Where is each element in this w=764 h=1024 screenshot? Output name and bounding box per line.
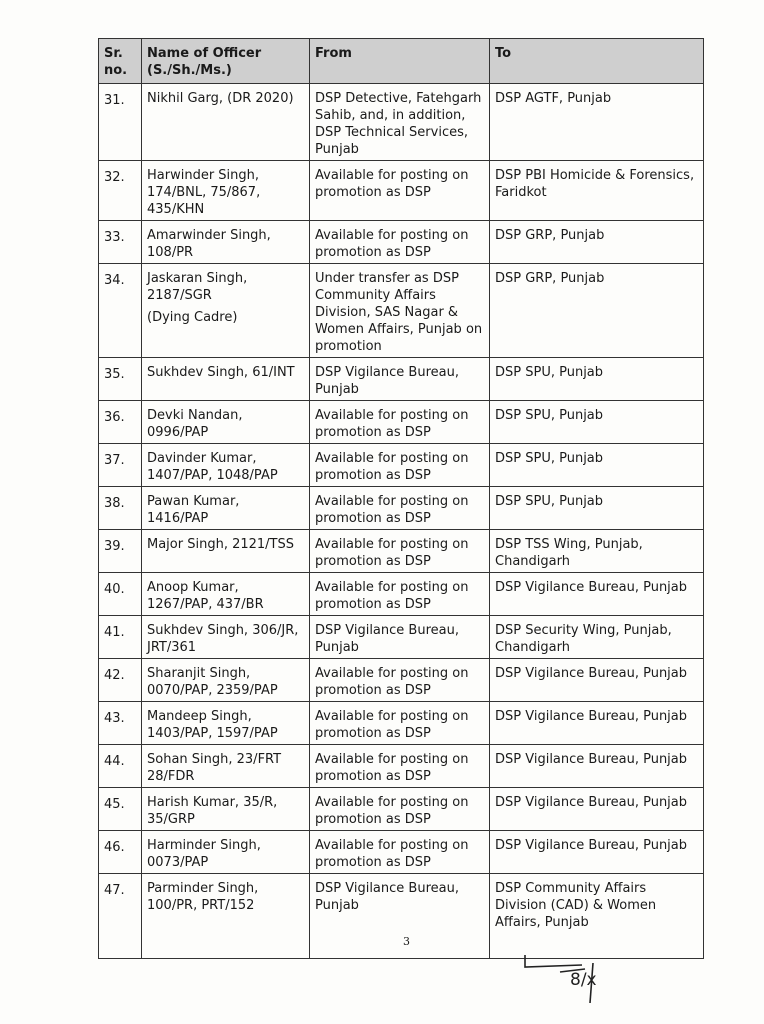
- sr-no-cell: 43.: [99, 702, 142, 745]
- sr-no-cell: 45.: [99, 788, 142, 831]
- from-cell: Available for posting on promotion as DS…: [310, 659, 490, 702]
- from-cell: Available for posting on promotion as DS…: [310, 221, 490, 264]
- sr-no-cell: 33.: [99, 221, 142, 264]
- table-row: 35.Sukhdev Singh, 61/INTDSP Vigilance Bu…: [99, 358, 704, 401]
- from-cell: Under transfer as DSP Community Affairs …: [310, 264, 490, 358]
- sr-no-cell: 31.: [99, 84, 142, 161]
- signature-mark: 8/x: [570, 970, 597, 990]
- sr-no-cell-text: 46.: [104, 840, 125, 855]
- to-cell-text: DSP GRP, Punjab: [495, 228, 604, 243]
- to-cell-text: DSP SPU, Punjab: [495, 494, 603, 509]
- to-cell-text: DSP Security Wing, Punjab, Chandigarh: [495, 623, 672, 655]
- officer-name-cell: Parminder Singh, 100/PR, PRT/152: [142, 874, 310, 959]
- from-cell: Available for posting on promotion as DS…: [310, 745, 490, 788]
- from-cell-text: DSP Detective, Fatehgarh Sahib, and, in …: [315, 91, 481, 157]
- to-cell: DSP Vigilance Bureau, Punjab: [490, 659, 704, 702]
- officer-name-cell-text: Parminder Singh, 100/PR, PRT/152: [147, 881, 258, 913]
- to-cell-text: DSP Vigilance Bureau, Punjab: [495, 709, 687, 724]
- sr-no-cell-text: 43.: [104, 711, 125, 726]
- transfer-table: Sr. no. Name of Officer (S./Sh./Ms.) Fro…: [98, 38, 704, 959]
- sr-no-cell: 44.: [99, 745, 142, 788]
- sr-no-cell-text: 41.: [104, 625, 125, 640]
- officer-name-cell-text: Mandeep Singh, 1403/PAP, 1597/PAP: [147, 709, 278, 741]
- from-cell-text: Available for posting on promotion as DS…: [315, 838, 469, 870]
- header-name-of-officer: Name of Officer (S./Sh./Ms.): [142, 39, 310, 84]
- to-cell: DSP TSS Wing, Punjab, Chandigarh: [490, 530, 704, 573]
- from-cell: Available for posting on promotion as DS…: [310, 702, 490, 745]
- to-cell-text: DSP Community Affairs Division (CAD) & W…: [495, 881, 656, 930]
- sr-no-cell-text: 44.: [104, 754, 125, 769]
- table-row: 38.Pawan Kumar, 1416/PAPAvailable for po…: [99, 487, 704, 530]
- table-header-row: Sr. no. Name of Officer (S./Sh./Ms.) Fro…: [99, 39, 704, 84]
- table-row: 36.Devki Nandan, 0996/PAPAvailable for p…: [99, 401, 704, 444]
- table-row: 46.Harminder Singh, 0073/PAPAvailable fo…: [99, 831, 704, 874]
- from-cell: Available for posting on promotion as DS…: [310, 788, 490, 831]
- table-row: 33.Amarwinder Singh, 108/PRAvailable for…: [99, 221, 704, 264]
- from-cell: Available for posting on promotion as DS…: [310, 530, 490, 573]
- sr-no-cell: 42.: [99, 659, 142, 702]
- officer-name-cell-text: Harish Kumar, 35/R, 35/GRP: [147, 795, 277, 827]
- from-cell-text: Available for posting on promotion as DS…: [315, 752, 469, 784]
- officer-name-cell-text: Nikhil Garg, (DR 2020): [147, 91, 294, 106]
- table-row: 44.Sohan Singh, 23/FRT 28/FDRAvailable f…: [99, 745, 704, 788]
- officer-name-cell: Sohan Singh, 23/FRT 28/FDR: [142, 745, 310, 788]
- to-cell: DSP SPU, Punjab: [490, 358, 704, 401]
- sr-no-cell-text: 34.: [104, 273, 125, 288]
- officer-name-cell-text: Jaskaran Singh, 2187/SGR: [147, 271, 247, 303]
- from-cell: DSP Vigilance Bureau, Punjab: [310, 874, 490, 959]
- to-cell: DSP Security Wing, Punjab, Chandigarh: [490, 616, 704, 659]
- to-cell-text: DSP Vigilance Bureau, Punjab: [495, 795, 687, 810]
- handwritten-signature: 8/x: [520, 945, 630, 1005]
- from-cell-text: DSP Vigilance Bureau, Punjab: [315, 881, 459, 913]
- table-row: 42.Sharanjit Singh, 0070/PAP, 2359/PAPAv…: [99, 659, 704, 702]
- sr-no-cell-text: 32.: [104, 170, 125, 185]
- to-cell: DSP Vigilance Bureau, Punjab: [490, 573, 704, 616]
- from-cell: DSP Vigilance Bureau, Punjab: [310, 358, 490, 401]
- sr-no-cell-text: 33.: [104, 230, 125, 245]
- cadre-note: (Dying Cadre): [147, 309, 304, 326]
- table-row: 41.Sukhdev Singh, 306/JR, JRT/361DSP Vig…: [99, 616, 704, 659]
- table-row: 43.Mandeep Singh, 1403/PAP, 1597/PAPAvai…: [99, 702, 704, 745]
- officer-name-cell-text: Sharanjit Singh, 0070/PAP, 2359/PAP: [147, 666, 278, 698]
- from-cell-text: Available for posting on promotion as DS…: [315, 494, 469, 526]
- officer-name-cell-text: Sukhdev Singh, 61/INT: [147, 365, 295, 380]
- to-cell: DSP GRP, Punjab: [490, 264, 704, 358]
- to-cell: DSP GRP, Punjab: [490, 221, 704, 264]
- sr-no-cell-text: 36.: [104, 410, 125, 425]
- officer-name-cell: Pawan Kumar, 1416/PAP: [142, 487, 310, 530]
- officer-name-cell-text: Amarwinder Singh, 108/PR: [147, 228, 271, 260]
- from-cell-text: Available for posting on promotion as DS…: [315, 451, 469, 483]
- to-cell: DSP Vigilance Bureau, Punjab: [490, 831, 704, 874]
- to-cell-text: DSP SPU, Punjab: [495, 408, 603, 423]
- from-cell-text: Available for posting on promotion as DS…: [315, 709, 469, 741]
- sr-no-cell: 37.: [99, 444, 142, 487]
- to-cell-text: DSP SPU, Punjab: [495, 365, 603, 380]
- to-cell: DSP SPU, Punjab: [490, 401, 704, 444]
- to-cell: DSP Vigilance Bureau, Punjab: [490, 788, 704, 831]
- officer-name-cell: Sukhdev Singh, 61/INT: [142, 358, 310, 401]
- from-cell: DSP Vigilance Bureau, Punjab: [310, 616, 490, 659]
- from-cell: Available for posting on promotion as DS…: [310, 573, 490, 616]
- sr-no-cell: 38.: [99, 487, 142, 530]
- sr-no-cell-text: 40.: [104, 582, 125, 597]
- sr-no-cell: 34.: [99, 264, 142, 358]
- from-cell: DSP Detective, Fatehgarh Sahib, and, in …: [310, 84, 490, 161]
- to-cell: DSP Vigilance Bureau, Punjab: [490, 702, 704, 745]
- officer-name-cell: Nikhil Garg, (DR 2020): [142, 84, 310, 161]
- from-cell-text: Under transfer as DSP Community Affairs …: [315, 271, 482, 354]
- from-cell-text: DSP Vigilance Bureau, Punjab: [315, 365, 459, 397]
- sr-no-cell-text: 38.: [104, 496, 125, 511]
- header-to: To: [490, 39, 704, 84]
- from-cell-text: Available for posting on promotion as DS…: [315, 168, 469, 200]
- from-cell-text: Available for posting on promotion as DS…: [315, 408, 469, 440]
- to-cell-text: DSP Vigilance Bureau, Punjab: [495, 838, 687, 853]
- to-cell: DSP SPU, Punjab: [490, 444, 704, 487]
- to-cell: DSP AGTF, Punjab: [490, 84, 704, 161]
- to-cell-text: DSP TSS Wing, Punjab, Chandigarh: [495, 537, 643, 569]
- officer-name-cell-text: Anoop Kumar, 1267/PAP, 437/BR: [147, 580, 264, 612]
- sr-no-cell-text: 35.: [104, 367, 125, 382]
- table-row: 34.Jaskaran Singh, 2187/SGR(Dying Cadre)…: [99, 264, 704, 358]
- to-cell-text: DSP Vigilance Bureau, Punjab: [495, 752, 687, 767]
- table-row: 40.Anoop Kumar, 1267/PAP, 437/BRAvailabl…: [99, 573, 704, 616]
- sr-no-cell-text: 47.: [104, 883, 125, 898]
- officer-name-cell: Amarwinder Singh, 108/PR: [142, 221, 310, 264]
- from-cell: Available for posting on promotion as DS…: [310, 487, 490, 530]
- sr-no-cell: 32.: [99, 161, 142, 221]
- officer-name-cell: Davinder Kumar, 1407/PAP, 1048/PAP: [142, 444, 310, 487]
- from-cell: Available for posting on promotion as DS…: [310, 161, 490, 221]
- sr-no-cell: 35.: [99, 358, 142, 401]
- sr-no-cell: 47.: [99, 874, 142, 959]
- from-cell: Available for posting on promotion as DS…: [310, 444, 490, 487]
- officer-name-cell-text: Major Singh, 2121/TSS: [147, 537, 294, 552]
- officer-name-cell-text: Harwinder Singh, 174/BNL, 75/867, 435/KH…: [147, 168, 260, 217]
- to-cell-text: DSP Vigilance Bureau, Punjab: [495, 580, 687, 595]
- officer-name-cell: Sukhdev Singh, 306/JR, JRT/361: [142, 616, 310, 659]
- from-cell-text: Available for posting on promotion as DS…: [315, 795, 469, 827]
- officer-name-cell: Mandeep Singh, 1403/PAP, 1597/PAP: [142, 702, 310, 745]
- sr-no-cell: 46.: [99, 831, 142, 874]
- table-row: 45.Harish Kumar, 35/R, 35/GRPAvailable f…: [99, 788, 704, 831]
- sr-no-cell-text: 45.: [104, 797, 125, 812]
- officer-name-cell: Harish Kumar, 35/R, 35/GRP: [142, 788, 310, 831]
- sr-no-cell: 39.: [99, 530, 142, 573]
- from-cell-text: Available for posting on promotion as DS…: [315, 666, 469, 698]
- officer-name-cell-text: Sohan Singh, 23/FRT 28/FDR: [147, 752, 281, 784]
- to-cell: DSP SPU, Punjab: [490, 487, 704, 530]
- to-cell: DSP Vigilance Bureau, Punjab: [490, 745, 704, 788]
- header-from: From: [310, 39, 490, 84]
- officer-name-cell: Sharanjit Singh, 0070/PAP, 2359/PAP: [142, 659, 310, 702]
- to-cell: DSP PBI Homicide & Forensics, Faridkot: [490, 161, 704, 221]
- officer-name-cell: Anoop Kumar, 1267/PAP, 437/BR: [142, 573, 310, 616]
- sr-no-cell: 41.: [99, 616, 142, 659]
- table-row: 37.Davinder Kumar, 1407/PAP, 1048/PAPAva…: [99, 444, 704, 487]
- sr-no-cell-text: 31.: [104, 93, 125, 108]
- table-row: 39.Major Singh, 2121/TSSAvailable for po…: [99, 530, 704, 573]
- table-row: 31.Nikhil Garg, (DR 2020)DSP Detective, …: [99, 84, 704, 161]
- from-cell-text: Available for posting on promotion as DS…: [315, 228, 469, 260]
- officer-name-cell-text: Sukhdev Singh, 306/JR, JRT/361: [147, 623, 298, 655]
- header-sr-no: Sr. no.: [99, 39, 142, 84]
- officer-name-cell-text: Devki Nandan, 0996/PAP: [147, 408, 243, 440]
- sr-no-cell-text: 39.: [104, 539, 125, 554]
- to-cell-text: DSP GRP, Punjab: [495, 271, 604, 286]
- officer-name-cell: Harwinder Singh, 174/BNL, 75/867, 435/KH…: [142, 161, 310, 221]
- table-body: 31.Nikhil Garg, (DR 2020)DSP Detective, …: [99, 84, 704, 959]
- page-number: 3: [403, 935, 410, 948]
- sr-no-cell: 40.: [99, 573, 142, 616]
- from-cell-text: Available for posting on promotion as DS…: [315, 537, 469, 569]
- to-cell-text: DSP PBI Homicide & Forensics, Faridkot: [495, 168, 694, 200]
- from-cell: Available for posting on promotion as DS…: [310, 401, 490, 444]
- officer-name-cell: Jaskaran Singh, 2187/SGR(Dying Cadre): [142, 264, 310, 358]
- officer-name-cell-text: Davinder Kumar, 1407/PAP, 1048/PAP: [147, 451, 278, 483]
- officer-name-cell: Devki Nandan, 0996/PAP: [142, 401, 310, 444]
- to-cell-text: DSP SPU, Punjab: [495, 451, 603, 466]
- officer-name-cell: Harminder Singh, 0073/PAP: [142, 831, 310, 874]
- officer-name-cell: Major Singh, 2121/TSS: [142, 530, 310, 573]
- officer-name-cell-text: Harminder Singh, 0073/PAP: [147, 838, 261, 870]
- sr-no-cell-text: 37.: [104, 453, 125, 468]
- officer-name-cell-text: Pawan Kumar, 1416/PAP: [147, 494, 239, 526]
- from-cell-text: Available for posting on promotion as DS…: [315, 580, 469, 612]
- from-cell: Available for posting on promotion as DS…: [310, 831, 490, 874]
- sr-no-cell-text: 42.: [104, 668, 125, 683]
- from-cell-text: DSP Vigilance Bureau, Punjab: [315, 623, 459, 655]
- sr-no-cell: 36.: [99, 401, 142, 444]
- table-row: 32.Harwinder Singh, 174/BNL, 75/867, 435…: [99, 161, 704, 221]
- to-cell-text: DSP Vigilance Bureau, Punjab: [495, 666, 687, 681]
- to-cell-text: DSP AGTF, Punjab: [495, 91, 611, 106]
